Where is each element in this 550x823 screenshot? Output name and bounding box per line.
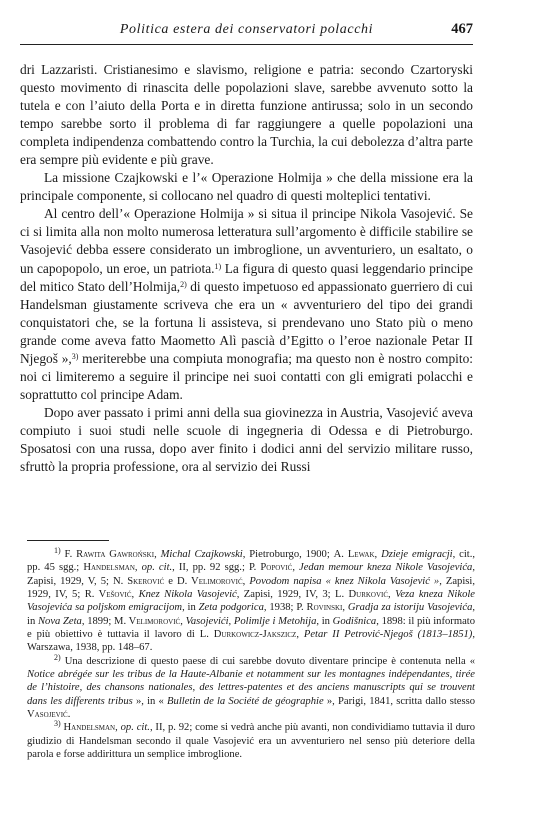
- work-title: Godišnica: [333, 616, 377, 627]
- paragraph-3: Al centro dell’« Operazione Holmija » si…: [20, 205, 473, 404]
- work-title: Nova Zeta: [38, 616, 82, 627]
- author-name: M. Velimorović: [114, 616, 180, 627]
- footnote-text: , II, pp. 92 sgg.;: [172, 562, 249, 573]
- author-name: A. Lewak: [334, 549, 375, 560]
- work-title: op. cit.: [142, 562, 173, 573]
- footnote-text: , Zapisi, 1929, IV, 3;: [237, 589, 335, 600]
- footnote-text: e: [164, 576, 177, 587]
- work-title: Jedan memour kneza Nikole Vasojevića: [299, 562, 472, 573]
- paragraph-2: La missione Czajkowski e l’« Operazione …: [20, 169, 473, 205]
- author-name: D. Velimorović: [177, 576, 243, 587]
- footnote-text: , 1938;: [264, 602, 296, 613]
- work-title: Dzieje emigracji: [381, 549, 453, 560]
- footnote-separator: [27, 540, 109, 541]
- author-name: Handelsman: [64, 722, 116, 733]
- work-title: Bulletin de la Société de géographie: [167, 696, 324, 707]
- author-name: Vasojević: [27, 709, 68, 720]
- work-title: Povodom napisa « knez Nikola Vasojević »: [249, 576, 439, 587]
- author-name: L. Durkowicz-Jakszicz: [200, 629, 297, 640]
- running-head: Politica estera dei conservatori polacch…: [20, 22, 473, 40]
- footnotes: 1) F. Rawita Gawroński, Michal Czajkowsk…: [27, 548, 475, 762]
- footnote-marker: 1): [54, 546, 61, 555]
- author-name: P. Rovinski: [296, 602, 342, 613]
- work-title: Petar II Petrović-Njegoš (1813–1851): [304, 629, 472, 640]
- footnote-1: 1) F. Rawita Gawroński, Michal Czajkowsk…: [27, 548, 475, 655]
- work-title: Michal Czajkowski: [161, 549, 243, 560]
- paragraph-4: Dopo aver passato i primi anni della sua…: [20, 404, 473, 476]
- footnote-marker: 2): [54, 653, 61, 662]
- footnote-text: ,: [135, 562, 142, 573]
- author-name: N. Skerović: [113, 576, 164, 587]
- work-title: Knez Nikola Vasojević: [139, 589, 237, 600]
- footnote-text: », in «: [133, 696, 167, 707]
- header-rule: [20, 44, 473, 45]
- author-name: F. Rawita Gawroński: [65, 549, 155, 560]
- footnote-text: ,: [296, 629, 304, 640]
- author-name: L. Durković: [335, 589, 388, 600]
- work-title: Gradja za istoriju Vasojevića: [348, 602, 472, 613]
- running-title: Politica estera dei conservatori polacch…: [20, 22, 473, 38]
- paragraph-1: dri Lazzaristi. Cristianesimo e slavismo…: [20, 61, 473, 169]
- work-title: Zeta podgorica: [199, 602, 264, 613]
- footnote-text: , in: [182, 602, 199, 613]
- footnote-text: », Parigi, 1841, scritta dallo stesso: [324, 696, 475, 707]
- footnote-text: , Pietroburgo, 1900;: [243, 549, 334, 560]
- work-title: op. cit.: [121, 722, 150, 733]
- work-title: Vasojevići, Polimlje i Metohija: [186, 616, 317, 627]
- paragraph-3-part: meriterebbe una compiuta monografia; ma …: [20, 351, 473, 402]
- author-name: Handelsman: [83, 562, 135, 573]
- author-name: P. Popović: [249, 562, 292, 573]
- author-name: R. Vešović: [85, 589, 132, 600]
- footnote-text: , 1899;: [82, 616, 114, 627]
- body-text: dri Lazzaristi. Cristianesimo e slavismo…: [20, 61, 473, 476]
- footnote-text: ,: [132, 589, 139, 600]
- page-number: 467: [451, 21, 473, 38]
- footnote-2: 2) Una descrizione di questo paese di cu…: [27, 655, 475, 722]
- footnote-3: 3) Handelsman, op. cit., II, p. 92; come…: [27, 721, 475, 761]
- footnote-text: , in: [316, 616, 332, 627]
- footnote-ref-2[interactable]: 2): [180, 280, 187, 289]
- footnote-text: ,: [388, 589, 395, 600]
- footnote-text: Una descrizione di questo paese di cui s…: [65, 656, 475, 667]
- footnote-marker: 3): [54, 719, 61, 728]
- footnote-text: .: [68, 709, 71, 720]
